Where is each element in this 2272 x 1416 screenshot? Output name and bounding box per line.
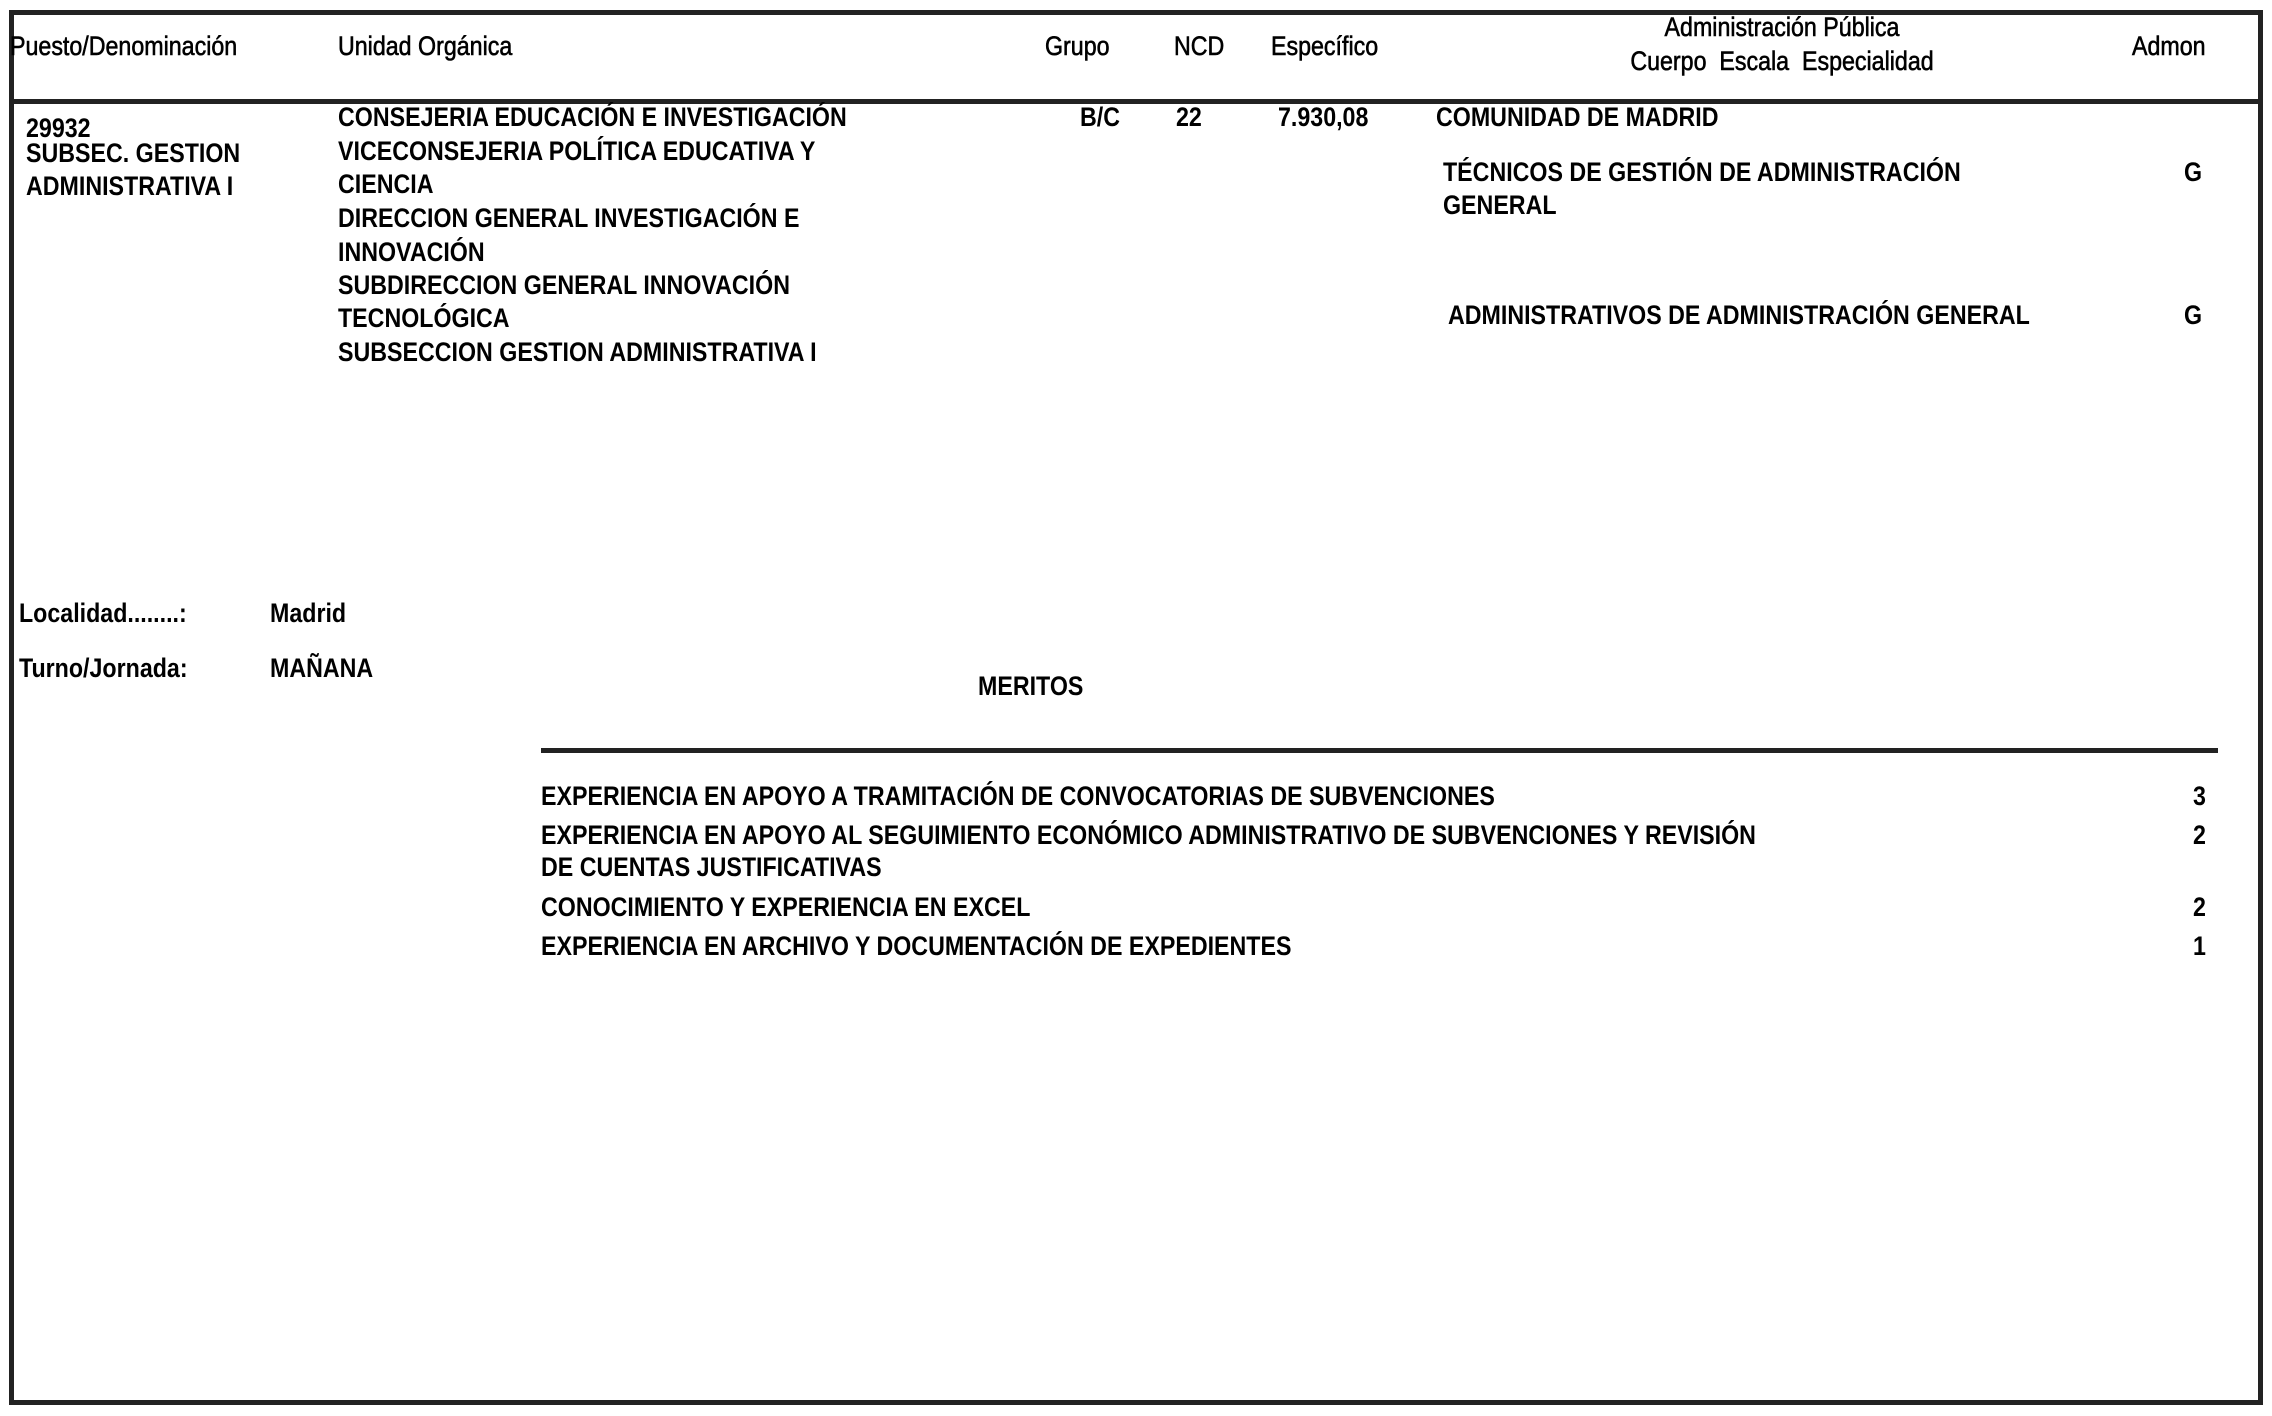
header-puesto: Puesto/Denominación: [10, 33, 237, 60]
header-grupo: Grupo: [1045, 33, 1110, 60]
unidad-line: SUBDIRECCION GENERAL INNOVACIÓN: [338, 272, 790, 299]
especifico-value: 7.930,08: [1278, 104, 1368, 131]
turno-label: Turno/Jornada:: [19, 655, 188, 682]
localidad-label: Localidad........:: [19, 600, 187, 627]
merito-text: CONOCIMIENTO Y EXPERIENCIA EN EXCEL: [541, 894, 1030, 921]
unidad-line: VICECONSEJERIA POLÍTICA EDUCATIVA Y: [338, 138, 815, 165]
header-cuerpo-escala: Cuerpo Escala Especialidad: [1630, 48, 1933, 75]
merito-points: 2: [2193, 822, 2206, 849]
unidad-line: CONSEJERIA EDUCACIÓN E INVESTIGACIÓN: [338, 104, 847, 131]
localidad-value: Madrid: [270, 600, 346, 627]
denominacion-line: SUBSEC. GESTION: [26, 140, 240, 167]
header-admin-publica: Administración Pública: [1665, 14, 1900, 41]
cuerpo-line: GENERAL: [1443, 192, 1557, 219]
meritos-divider: [541, 748, 2218, 753]
cuerpo-line: TÉCNICOS DE GESTIÓN DE ADMINISTRACIÓN: [1443, 159, 1961, 186]
cuerpo-line: ADMINISTRATIVOS DE ADMINISTRACIÓN GENERA…: [1448, 302, 2030, 329]
header-especifico: Específico: [1271, 33, 1378, 60]
merito-points: 1: [2193, 933, 2206, 960]
merito-text: EXPERIENCIA EN ARCHIVO Y DOCUMENTACIÓN D…: [541, 933, 1291, 960]
unidad-line: TECNOLÓGICA: [338, 305, 510, 332]
admon-value: G: [2184, 302, 2202, 329]
meritos-title: MERITOS: [978, 673, 1083, 700]
unidad-line: DIRECCION GENERAL INVESTIGACIÓN E: [338, 205, 799, 232]
header-ncd: NCD: [1174, 33, 1224, 60]
unidad-line: CIENCIA: [338, 171, 433, 198]
unidad-line: SUBSECCION GESTION ADMINISTRATIVA I: [338, 339, 817, 366]
merito-text: DE CUENTAS JUSTIFICATIVAS: [541, 854, 882, 881]
admon-value: G: [2184, 159, 2202, 186]
header-admon: Admon: [2132, 33, 2206, 60]
administracion-value: COMUNIDAD DE MADRID: [1436, 104, 1718, 131]
header-unidad: Unidad Orgánica: [338, 33, 512, 60]
turno-value: MAÑANA: [270, 655, 373, 682]
merito-text: EXPERIENCIA EN APOYO A TRAMITACIÓN DE CO…: [541, 783, 1495, 810]
merito-points: 2: [2193, 894, 2206, 921]
merito-points: 3: [2193, 783, 2206, 810]
ncd-value: 22: [1176, 104, 1202, 131]
denominacion-line: ADMINISTRATIVA I: [26, 173, 233, 200]
unidad-line: INNOVACIÓN: [338, 239, 485, 266]
merito-text: EXPERIENCIA EN APOYO AL SEGUIMIENTO ECON…: [541, 822, 1756, 849]
grupo-value: B/C: [1080, 104, 1120, 131]
